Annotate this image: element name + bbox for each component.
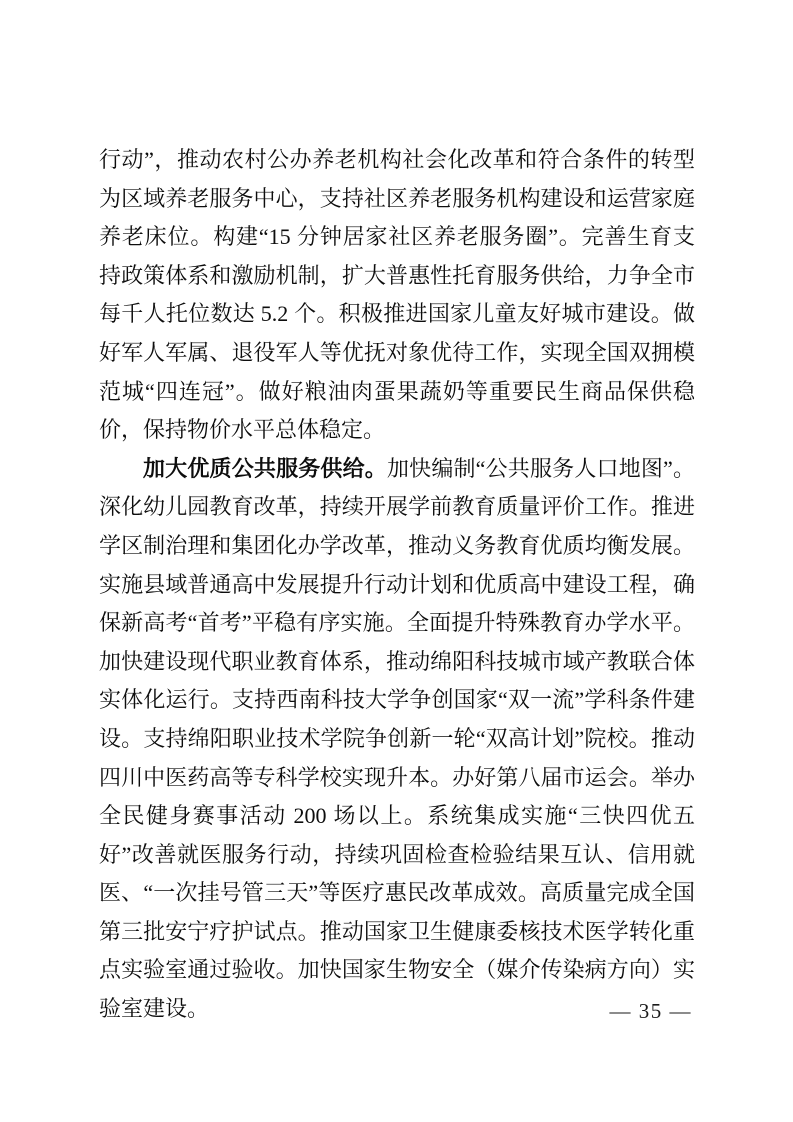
paragraph-lead-bold: 加大优质公共服务供给。 (143, 456, 387, 481)
page-number: — 35 — (610, 999, 693, 1024)
document-page: 行动”，推动农村公办养老机构社会化改革和符合条件的转型为区域养老服务中心，支持社… (0, 0, 793, 1122)
paragraph-text: 行动”，推动农村公办养老机构社会化改革和符合条件的转型为区域养老服务中心，支持社… (99, 147, 695, 442)
body-paragraph: 加大优质公共服务供给。加快编制“公共服务人口地图”。深化幼儿园教育改革，持续开展… (99, 450, 695, 1029)
text-block: 行动”，推动农村公办养老机构社会化改革和符合条件的转型为区域养老服务中心，支持社… (99, 141, 695, 1029)
paragraph-text: 加快编制“公共服务人口地图”。深化幼儿园教育改革，持续开展学前教育质量评价工作。… (99, 456, 695, 1021)
body-paragraph: 行动”，推动农村公办养老机构社会化改革和符合条件的转型为区域养老服务中心，支持社… (99, 141, 695, 450)
